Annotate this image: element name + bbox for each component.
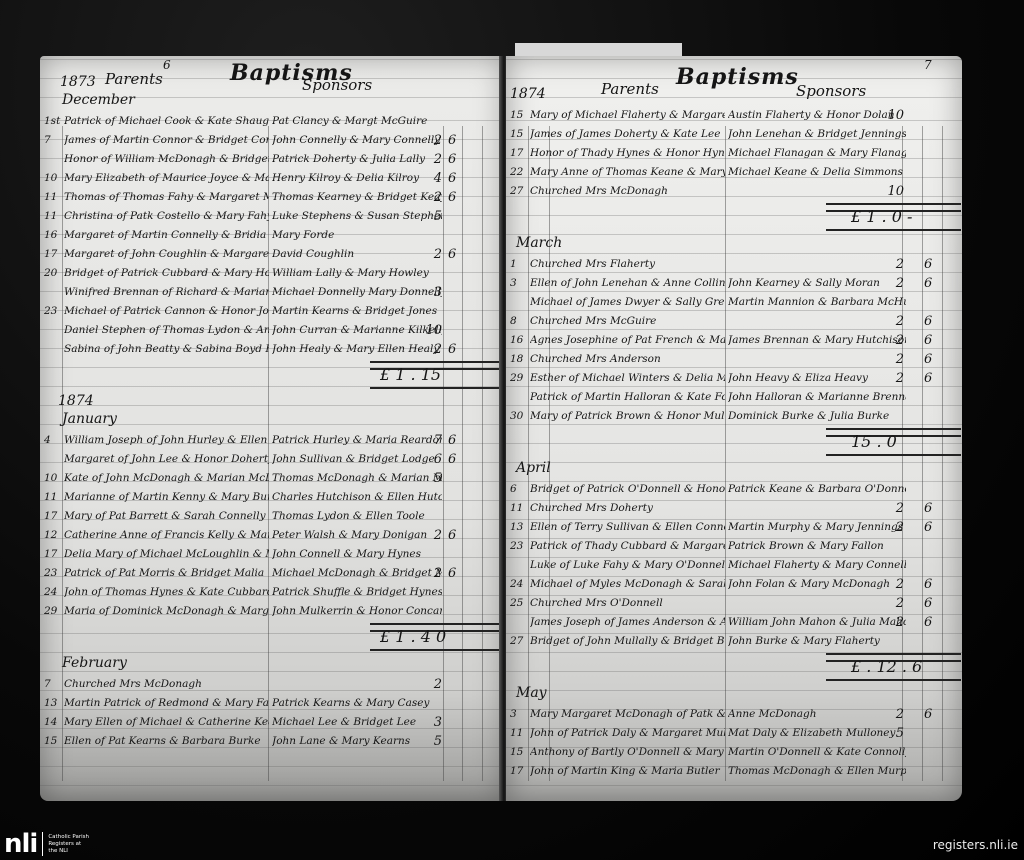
- sponsors: John Sullivan & Bridget Lodge: [272, 450, 442, 469]
- child-and-parents: Mary of Pat Barrett & Sarah Connelly: [64, 507, 269, 526]
- fee-pence: 6: [448, 450, 464, 469]
- sponsors: Patrick Brown & Mary Fallon: [728, 537, 906, 556]
- sponsors: John Burke & Mary Flaherty: [728, 632, 906, 651]
- column-header-parents: Parents: [601, 80, 659, 98]
- child-and-parents: Michael of James Dwyer & Sally Green: [530, 293, 725, 312]
- entry-day: 3: [510, 274, 530, 293]
- sponsors: Patrick Hurley & Maria Reardon: [272, 431, 442, 450]
- sponsors: John Connell & Mary Hynes: [272, 545, 442, 564]
- left-page: 6 1873 Parents Baptisms Sponsors Decembe…: [40, 56, 505, 801]
- fee-pence: 6: [924, 255, 940, 274]
- register-entry: 11Thomas of Thomas Fahy & Margaret Moran…: [44, 188, 499, 207]
- entry-day: 14: [44, 713, 64, 732]
- register-entry: 23Patrick of Thady Cubbard & Margaret Fa…: [510, 537, 960, 556]
- section-total: £ 1 . 4 0: [380, 627, 446, 646]
- sponsors: John Lenehan & Bridget Jennings: [728, 125, 906, 144]
- child-and-parents: Michael of Myles McDonagh & Sarah Folan: [530, 575, 725, 594]
- register-entry: 24John of Thomas Hynes & Kate CubbardPat…: [44, 583, 499, 602]
- entry-day: 20: [44, 264, 64, 283]
- column-header-parents: Parents: [105, 70, 163, 88]
- fee-pence: 6: [448, 245, 464, 264]
- register-entry: 1Churched Mrs Flaherty26: [510, 255, 960, 274]
- entry-day: 23: [510, 537, 530, 556]
- child-and-parents: Luke of Luke Fahy & Mary O'Donnell: [530, 556, 725, 575]
- fee-shillings: 2: [886, 350, 904, 369]
- entry-day: 27: [510, 182, 530, 201]
- register-entry: 17Mary of Pat Barrett & Sarah ConnellyTh…: [44, 507, 499, 526]
- child-and-parents: Honor of William McDonagh & Bridget Naug…: [64, 150, 269, 169]
- month-heading: March: [516, 235, 562, 251]
- register-entry: 17Delia Mary of Michael McLoughlin & Mar…: [44, 545, 499, 564]
- fee-pence: 6: [448, 564, 464, 583]
- child-and-parents: Patrick of Thady Cubbard & Margaret Fall…: [530, 537, 725, 556]
- child-and-parents: Patrick of Pat Morris & Bridget Malia: [64, 564, 269, 583]
- fee-shillings: 2: [886, 312, 904, 331]
- column-rule: [528, 126, 529, 781]
- page-title: Baptisms: [676, 64, 799, 90]
- fee-shillings: 2: [886, 518, 904, 537]
- fee-shillings: 4: [424, 169, 442, 188]
- child-and-parents: Thomas of Thomas Fahy & Margaret Moran: [64, 188, 269, 207]
- sponsors: Thomas Lydon & Ellen Toole: [272, 507, 442, 526]
- entry-day: 30: [510, 407, 530, 426]
- child-and-parents: John of Patrick Daly & Margaret Mulloney: [530, 724, 725, 743]
- register-entry: 7Churched Mrs McDonagh2: [44, 675, 499, 694]
- register-entry: Patrick of Martin Halloran & Kate FolanJ…: [510, 388, 960, 407]
- entry-day: 12: [44, 526, 64, 545]
- register-entry: 16Margaret of Martin Connelly & Bridia C…: [44, 226, 499, 245]
- register-entry: 27Churched Mrs McDonagh10: [510, 182, 960, 201]
- year-heading: 1874: [58, 393, 94, 409]
- sponsors: Luke Stephens & Susan Stephens: [272, 207, 442, 226]
- month-heading: May: [516, 685, 547, 701]
- register-entry: 15Mary of Michael Flaherty & Margaret De…: [510, 106, 960, 125]
- register-entry: 12Catherine Anne of Francis Kelly & Mari…: [44, 526, 499, 545]
- register-entry: 30Mary of Patrick Brown & Honor Mullally…: [510, 407, 960, 426]
- sponsors: Thomas McDonagh & Ellen Murphy: [728, 762, 906, 781]
- fee-pence: 6: [924, 613, 940, 632]
- register-entry: 13Martin Patrick of Redmond & Mary Fallo…: [44, 694, 499, 713]
- month-heading: February: [62, 655, 127, 671]
- sponsors: Michael Flaherty & Mary Connell: [728, 556, 906, 575]
- sponsors: Thomas Kearney & Bridget Keays: [272, 188, 442, 207]
- entry-day: 23: [44, 302, 64, 321]
- child-and-parents: Catherine Anne of Francis Kelly & Maria …: [64, 526, 269, 545]
- entry-day: 15: [510, 106, 530, 125]
- child-and-parents: Marianne of Martin Kenny & Mary Burke: [64, 488, 269, 507]
- child-and-parents: Christina of Patk Costello & Mary Fahy: [64, 207, 269, 226]
- fee-shillings: 5: [424, 207, 442, 226]
- register-entry: 20Bridget of Patrick Cubbard & Mary Howl…: [44, 264, 499, 283]
- register-entry: 17John of Martin King & Maria ButlerThom…: [510, 762, 960, 781]
- sponsors: John Folan & Mary McDonagh: [728, 575, 906, 594]
- register-entry: 18Churched Mrs Anderson26: [510, 350, 960, 369]
- fee-shillings: 2: [886, 594, 904, 613]
- child-and-parents: John of Thomas Hynes & Kate Cubbard: [64, 583, 269, 602]
- child-and-parents: Bridget of Patrick Cubbard & Mary Howley: [64, 264, 269, 283]
- register-entry: 27Bridget of John Mullally & Bridget Bur…: [510, 632, 960, 651]
- child-and-parents: Ellen of Terry Sullivan & Ellen Connolly: [530, 518, 725, 537]
- register-entry: 10Kate of John McDonagh & Marian McDonag…: [44, 469, 499, 488]
- fee-shillings: 2: [886, 274, 904, 293]
- child-and-parents: Mary of Patrick Brown & Honor Mullally: [530, 407, 725, 426]
- page-number: 7: [924, 58, 932, 72]
- entry-day: 7: [44, 675, 64, 694]
- fee-pence: 6: [924, 312, 940, 331]
- entry-day: 11: [510, 724, 530, 743]
- entry-day: 15: [510, 743, 530, 762]
- column-rule: [549, 126, 550, 781]
- entry-day: 3: [510, 705, 530, 724]
- sponsors: Martin O'Donnell & Kate Connolly: [728, 743, 906, 762]
- fee-shillings: 2: [886, 369, 904, 388]
- fee-pence: 6: [448, 169, 464, 188]
- register-entry: 15Anthony of Bartly O'Donnell & Mary Con…: [510, 743, 960, 762]
- entry-day: 1: [510, 255, 530, 274]
- column-rule: [725, 126, 726, 781]
- child-and-parents: Agnes Josephine of Pat French & Margaret…: [530, 331, 725, 350]
- child-and-parents: Ellen of Pat Kearns & Barbara Burke: [64, 732, 269, 751]
- entry-day: 10: [44, 169, 64, 188]
- sponsors: Patrick Kearns & Mary Casey: [272, 694, 442, 713]
- fee-pence: 6: [924, 369, 940, 388]
- child-and-parents: Margaret of Martin Connelly & Bridia Cas…: [64, 226, 269, 245]
- child-and-parents: Michael of Patrick Cannon & Honor Jones: [64, 302, 269, 321]
- register-entry: 25Churched Mrs O'Donnell26: [510, 594, 960, 613]
- fee-shillings: 10: [424, 321, 442, 340]
- register-entry: Michael of James Dwyer & Sally GreenMart…: [510, 293, 960, 312]
- fee-shillings: 2: [886, 575, 904, 594]
- fee-pence: 6: [448, 131, 464, 150]
- entry-day: 29: [510, 369, 530, 388]
- sponsors: Michael McDonagh & Bridget McDonagh: [272, 564, 442, 583]
- sponsors: Austin Flaherty & Honor Dolan: [728, 106, 906, 125]
- year-heading: 1874: [510, 86, 546, 102]
- entry-day: 25: [510, 594, 530, 613]
- fee-pence: 6: [448, 431, 464, 450]
- sponsors: James Brennan & Mary Hutchison: [728, 331, 906, 350]
- child-and-parents: Ellen of John Lenehan & Anne Collins: [530, 274, 725, 293]
- register-entry: 23Patrick of Pat Morris & Bridget MaliaM…: [44, 564, 499, 583]
- sponsors: Dominick Burke & Julia Burke: [728, 407, 906, 426]
- child-and-parents: Daniel Stephen of Thomas Lydon & Anne Ki…: [64, 321, 269, 340]
- sponsors: John Healy & Mary Ellen Healy: [272, 340, 442, 359]
- sponsors: John Lane & Mary Kearns: [272, 732, 442, 751]
- month-heading: April: [516, 460, 551, 476]
- register-entry: Daniel Stephen of Thomas Lydon & Anne Ki…: [44, 321, 499, 340]
- entry-day: 24: [510, 575, 530, 594]
- sponsors: John Curran & Marianne Kilkelly: [272, 321, 442, 340]
- fee-shillings: 2: [424, 150, 442, 169]
- child-and-parents: Bridget of John Mullally & Bridget Burke: [530, 632, 725, 651]
- total-underline: [370, 387, 500, 389]
- child-and-parents: Churched Mrs Anderson: [530, 350, 725, 369]
- sponsors: Martin Murphy & Mary Jennings: [728, 518, 906, 537]
- register-entry: 23Michael of Patrick Cannon & Honor Jone…: [44, 302, 499, 321]
- fee-pence: 6: [924, 518, 940, 537]
- right-page: 7 1874 Parents Baptisms Sponsors 15Mary …: [506, 56, 962, 801]
- child-and-parents: Maria of Dominick McDonagh & Margaret Br…: [64, 602, 269, 621]
- sponsors: David Coughlin: [272, 245, 442, 264]
- month-heading: December: [62, 92, 135, 108]
- logo-caption: Catholic Parish Registers at the NLI: [48, 834, 89, 855]
- total-underline: [370, 649, 500, 651]
- register-entry: 8Churched Mrs McGuire26: [510, 312, 960, 331]
- sponsors: John Kearney & Sally Moran: [728, 274, 906, 293]
- fee-shillings: 2: [886, 613, 904, 632]
- child-and-parents: Churched Mrs McDonagh: [530, 182, 725, 201]
- month-heading: January: [62, 411, 117, 427]
- entry-day: 29: [44, 602, 64, 621]
- sponsors: John Halloran & Marianne Brennan: [728, 388, 906, 407]
- register-entry: Honor of William McDonagh & Bridget Naug…: [44, 150, 499, 169]
- register-entry: 15James of James Doherty & Kate LeeJohn …: [510, 125, 960, 144]
- fee-shillings: 3: [424, 283, 442, 302]
- fee-pence: 6: [924, 331, 940, 350]
- sponsors: Mary Forde: [272, 226, 442, 245]
- register-entry: 3Ellen of John Lenehan & Anne CollinsJoh…: [510, 274, 960, 293]
- child-and-parents: Anthony of Bartly O'Donnell & Mary Conno…: [530, 743, 725, 762]
- entry-day: 15: [44, 732, 64, 751]
- child-and-parents: Winifred Brennan of Richard & Marianne M…: [64, 283, 269, 302]
- register-entry: Winifred Brennan of Richard & Marianne M…: [44, 283, 499, 302]
- child-and-parents: James Joseph of James Anderson & Anne Ma…: [530, 613, 725, 632]
- fee-shillings: 5: [424, 732, 442, 751]
- total-underline: [826, 229, 961, 231]
- entry-day: 17: [510, 144, 530, 163]
- child-and-parents: Churched Mrs McGuire: [530, 312, 725, 331]
- register-entry: Luke of Luke Fahy & Mary O'DonnellMichae…: [510, 556, 960, 575]
- register-entry: 22Mary Anne of Thomas Keane & Mary Anne …: [510, 163, 960, 182]
- logo-divider: [42, 832, 43, 856]
- section-total: £ . 12 . 6: [851, 657, 922, 676]
- sponsors: Henry Kilroy & Delia Kilroy: [272, 169, 442, 188]
- sponsors: Peter Walsh & Mary Donigan: [272, 526, 442, 545]
- register-entry: 1stPatrick of Michael Cook & Kate Shaugh…: [44, 112, 499, 131]
- entry-day: 17: [44, 245, 64, 264]
- child-and-parents: Bridget of Patrick O'Donnell & Honor Pri…: [530, 480, 725, 499]
- fee-pence: 6: [924, 350, 940, 369]
- entry-day: 27: [510, 632, 530, 651]
- entry-day: 11: [44, 207, 64, 226]
- fee-shillings: 2: [424, 526, 442, 545]
- sponsors: Charles Hutchison & Ellen Hutchison: [272, 488, 442, 507]
- register-entry: 29Maria of Dominick McDonagh & Margaret …: [44, 602, 499, 621]
- fee-shillings: 2: [424, 340, 442, 359]
- entry-day: 16: [44, 226, 64, 245]
- entry-day: 7: [44, 131, 64, 150]
- child-and-parents: Mary Anne of Thomas Keane & Mary Anne Ha…: [530, 163, 725, 182]
- register-entry: 11Churched Mrs Doherty26: [510, 499, 960, 518]
- sponsors: Michael Donnelly Mary Donnelly: [272, 283, 442, 302]
- register-entry: 15Ellen of Pat Kearns & Barbara BurkeJoh…: [44, 732, 499, 751]
- child-and-parents: Mary Ellen of Michael & Catherine Keane: [64, 713, 269, 732]
- fee-pence: 6: [924, 705, 940, 724]
- register-entry: 29Esther of Michael Winters & Delia Murp…: [510, 369, 960, 388]
- year-heading: 1873: [60, 74, 96, 90]
- fee-pence: 6: [448, 526, 464, 545]
- entry-day: 24: [44, 583, 64, 602]
- nli-logo-mark: nli: [4, 831, 37, 857]
- sponsors: Patrick Keane & Barbara O'Donnell: [728, 480, 906, 499]
- sponsors: Thomas McDonagh & Marian McDonagh: [272, 469, 442, 488]
- entry-day: 16: [510, 331, 530, 350]
- register-entry: 17Margaret of John Coughlin & Margaret W…: [44, 245, 499, 264]
- child-and-parents: Delia Mary of Michael McLoughlin & Mary …: [64, 545, 269, 564]
- sponsors: John Heavy & Eliza Heavy: [728, 369, 906, 388]
- total-underline: [826, 679, 961, 681]
- entry-day: 17: [44, 507, 64, 526]
- entry-day: 4: [44, 431, 64, 450]
- fee-shillings: 2: [886, 705, 904, 724]
- fee-pence: 6: [924, 594, 940, 613]
- column-header-sponsors: Sponsors: [796, 82, 866, 100]
- entry-day: 23: [44, 564, 64, 583]
- entry-day: 11: [510, 499, 530, 518]
- child-and-parents: Churched Mrs McDonagh: [64, 675, 269, 694]
- register-entry: James Joseph of James Anderson & Anne Ma…: [510, 613, 960, 632]
- child-and-parents: Patrick of Michael Cook & Kate Shaughnes…: [64, 112, 269, 131]
- fee-shillings: 5: [424, 469, 442, 488]
- child-and-parents: Mary Elizabeth of Maurice Joyce & Mary K…: [64, 169, 269, 188]
- entry-day: 22: [510, 163, 530, 182]
- sponsors: Patrick Doherty & Julia Lally: [272, 150, 442, 169]
- register-entry: 7James of Martin Connor & Bridget Connel…: [44, 131, 499, 150]
- child-and-parents: Margaret of John Lee & Honor Doherty: [64, 450, 269, 469]
- register-entry: 11Christina of Patk Costello & Mary Fahy…: [44, 207, 499, 226]
- fee-pence: 6: [448, 340, 464, 359]
- fee-pence: 6: [448, 150, 464, 169]
- fee-pence: 6: [924, 499, 940, 518]
- fee-shillings: 5: [886, 724, 904, 743]
- sponsors: Martin Kearns & Bridget Jones: [272, 302, 442, 321]
- register-entry: 6Bridget of Patrick O'Donnell & Honor Pr…: [510, 480, 960, 499]
- child-and-parents: Martin Patrick of Redmond & Mary Fallon: [64, 694, 269, 713]
- child-and-parents: William Joseph of John Hurley & Ellen Ho…: [64, 431, 269, 450]
- child-and-parents: Churched Mrs Doherty: [530, 499, 725, 518]
- entry-day: 1st: [44, 112, 64, 131]
- fee-pence: 6: [924, 274, 940, 293]
- fee-shillings: 2: [424, 675, 442, 694]
- child-and-parents: Esther of Michael Winters & Delia Murphy: [530, 369, 725, 388]
- register-entry: 11Marianne of Martin Kenny & Mary BurkeC…: [44, 488, 499, 507]
- register-entry: 17Honor of Thady Hynes & Honor HynesMich…: [510, 144, 960, 163]
- register-entry: 3Mary Margaret McDonagh of Patk & Margar…: [510, 705, 960, 724]
- total-underline: [826, 454, 961, 456]
- section-total: £ 1 . 15: [380, 365, 441, 384]
- sponsors: William John Mahon & Julia Mahon: [728, 613, 906, 632]
- fee-shillings: 2: [886, 255, 904, 274]
- sponsors: Martin Mannion & Barbara McHugh: [728, 293, 906, 312]
- entry-day: 13: [44, 694, 64, 713]
- fee-shillings: 2: [424, 131, 442, 150]
- entry-day: 13: [510, 518, 530, 537]
- sponsors: Patrick Shuffle & Bridget Hynes: [272, 583, 442, 602]
- entry-day: 6: [510, 480, 530, 499]
- register-entry: 14Mary Ellen of Michael & Catherine Kean…: [44, 713, 499, 732]
- sponsors: Anne McDonagh: [728, 705, 906, 724]
- sponsors: Pat Clancy & Margt McGuire: [272, 112, 442, 131]
- sponsors: Michael Lee & Bridget Lee: [272, 713, 442, 732]
- fee-shillings: 10: [886, 182, 904, 201]
- child-and-parents: Patrick of Martin Halloran & Kate Folan: [530, 388, 725, 407]
- section-total: £ 1 . 0 -: [851, 207, 912, 226]
- fee-pence: 6: [924, 575, 940, 594]
- fee-shillings: 2: [424, 188, 442, 207]
- sponsors: Michael Keane & Delia Simmons: [728, 163, 906, 182]
- fee-shillings: 2: [886, 499, 904, 518]
- entry-day: 18: [510, 350, 530, 369]
- entry-day: 17: [44, 545, 64, 564]
- register-entry: 13Ellen of Terry Sullivan & Ellen Connol…: [510, 518, 960, 537]
- sponsors: William Lally & Mary Howley: [272, 264, 442, 283]
- child-and-parents: Margaret of John Coughlin & Margaret Wil…: [64, 245, 269, 264]
- child-and-parents: Mary Margaret McDonagh of Patk & Margare…: [530, 705, 725, 724]
- register-entry: 11John of Patrick Daly & Margaret Mullon…: [510, 724, 960, 743]
- page-number: 6: [163, 58, 171, 72]
- child-and-parents: John of Martin King & Maria Butler: [530, 762, 725, 781]
- entry-day: 11: [44, 488, 64, 507]
- child-and-parents: Sabina of John Beatty & Sabina Boyd Hale: [64, 340, 269, 359]
- child-and-parents: Honor of Thady Hynes & Honor Hynes: [530, 144, 725, 163]
- sponsors: Michael Flanagan & Mary Flanagan: [728, 144, 906, 163]
- fee-shillings: 3: [424, 713, 442, 732]
- register-entry: 16Agnes Josephine of Pat French & Margar…: [510, 331, 960, 350]
- fee-shillings: 2: [886, 331, 904, 350]
- register-entry: Margaret of John Lee & Honor DohertyJohn…: [44, 450, 499, 469]
- entry-day: 10: [44, 469, 64, 488]
- child-and-parents: Mary of Michael Flaherty & Margaret Deen…: [530, 106, 725, 125]
- register-entry: 10Mary Elizabeth of Maurice Joyce & Mary…: [44, 169, 499, 188]
- section-total: 15 . 0: [851, 432, 897, 451]
- entry-day: 8: [510, 312, 530, 331]
- column-header-sponsors: Sponsors: [302, 76, 372, 94]
- entry-day: 11: [44, 188, 64, 207]
- child-and-parents: James of Martin Connor & Bridget Connell…: [64, 131, 269, 150]
- fee-shillings: 6: [424, 450, 442, 469]
- register-entry: 4William Joseph of John Hurley & Ellen H…: [44, 431, 499, 450]
- child-and-parents: Churched Mrs O'Donnell: [530, 594, 725, 613]
- site-url[interactable]: registers.nli.ie: [933, 838, 1018, 852]
- fee-shillings: 7: [424, 431, 442, 450]
- fee-shillings: 10: [886, 106, 904, 125]
- entry-day: 15: [510, 125, 530, 144]
- sponsors: Mat Daly & Elizabeth Mulloney: [728, 724, 906, 743]
- child-and-parents: James of James Doherty & Kate Lee: [530, 125, 725, 144]
- fee-pence: 6: [448, 188, 464, 207]
- entry-day: 17: [510, 762, 530, 781]
- fee-shillings: 2: [424, 245, 442, 264]
- child-and-parents: Churched Mrs Flaherty: [530, 255, 725, 274]
- fee-shillings: 2: [424, 564, 442, 583]
- register-entry: 24Michael of Myles McDonagh & Sarah Fola…: [510, 575, 960, 594]
- register-entry: Sabina of John Beatty & Sabina Boyd Hale…: [44, 340, 499, 359]
- sponsors: John Connelly & Mary Connelly: [272, 131, 442, 150]
- sponsors: John Mulkerrin & Honor Concannon: [272, 602, 442, 621]
- child-and-parents: Kate of John McDonagh & Marian McDonagh: [64, 469, 269, 488]
- nli-logo: nli Catholic Parish Registers at the NLI: [4, 830, 89, 858]
